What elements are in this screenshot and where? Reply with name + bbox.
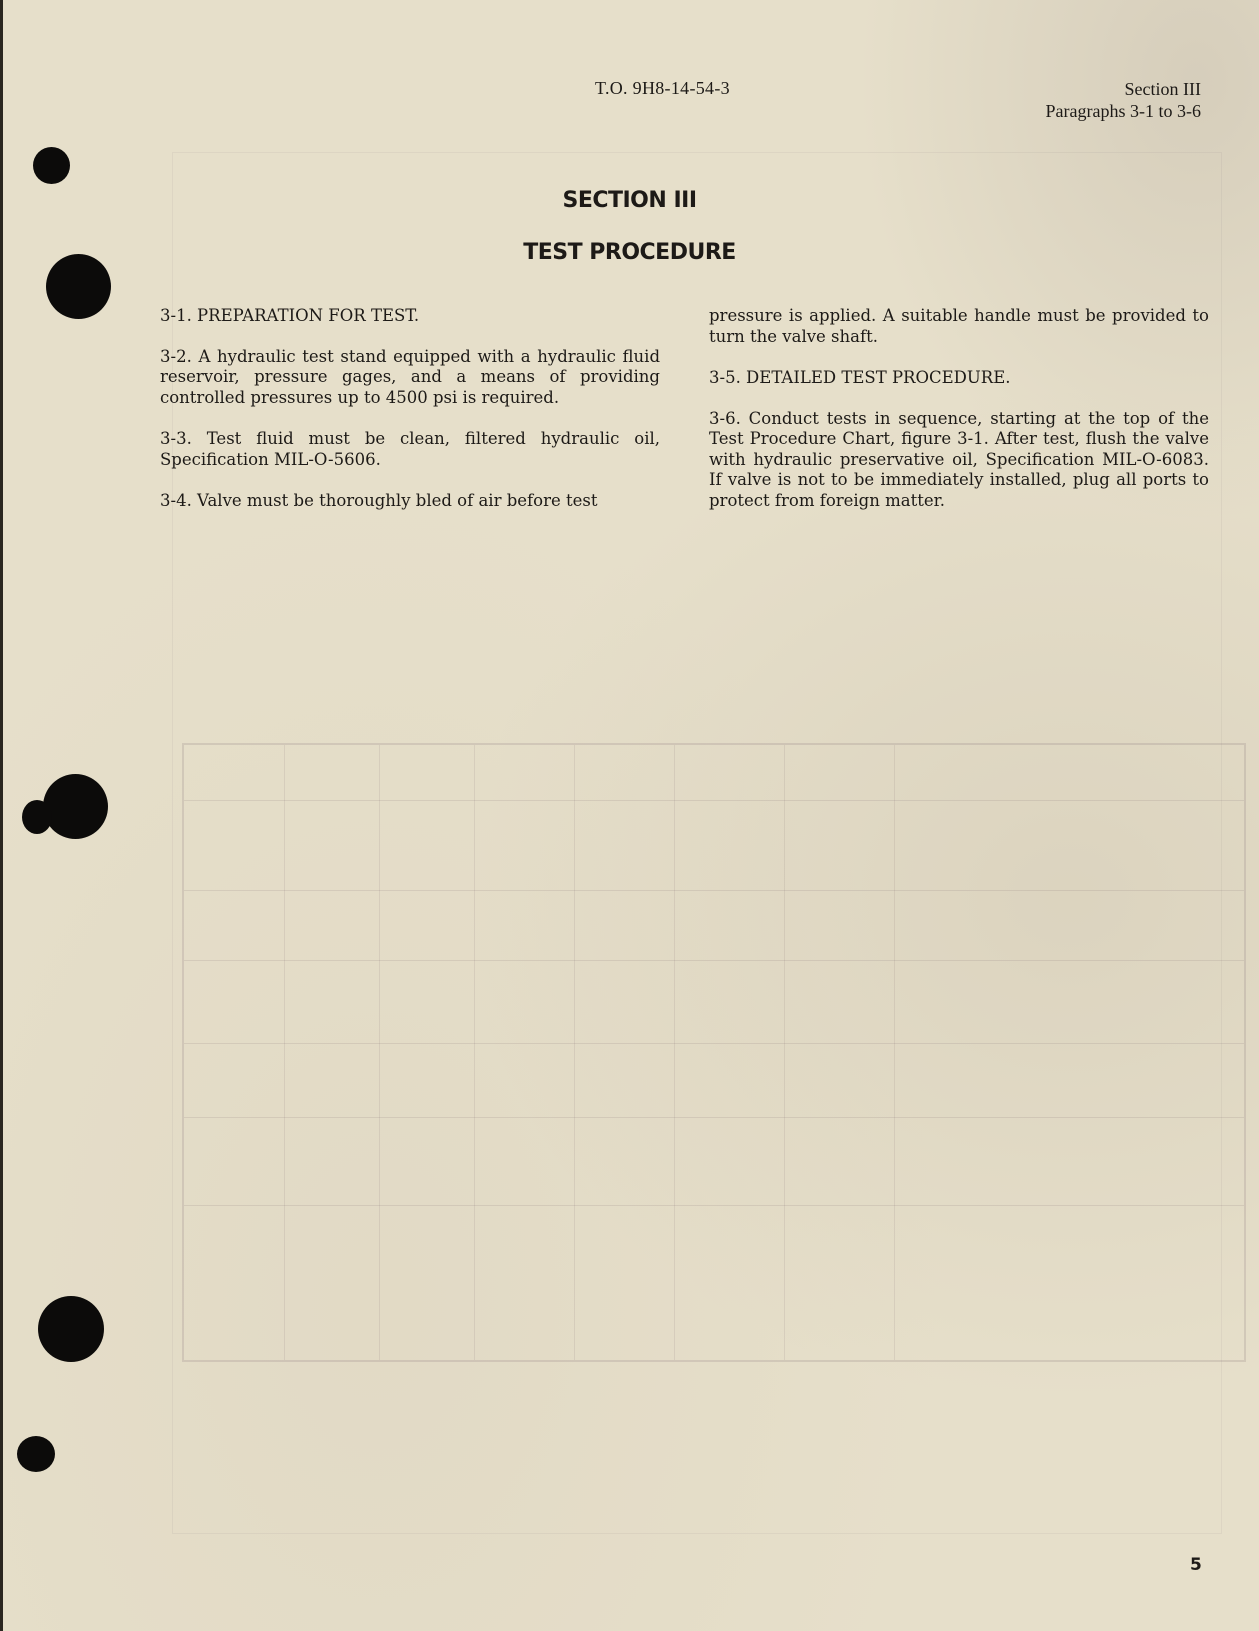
document-number: T.O. 9H8-14-54-3 [595, 78, 730, 99]
paragraph-3-4-continued: pressure is applied. A suitable handle m… [709, 306, 1209, 347]
bleed-col-line [284, 745, 285, 1360]
paragraph-3-4: 3-4. Valve must be thoroughly bled of ai… [160, 491, 660, 512]
left-column: 3-1. PREPARATION FOR TEST. 3-2. A hydrau… [160, 306, 660, 533]
paragraph-3-2: 3-2. A hydraulic test stand equipped wit… [160, 347, 660, 409]
paragraph-3-1: 3-1. PREPARATION FOR TEST. [160, 306, 660, 327]
section-subtitle: TEST PROCEDURE [0, 240, 1259, 265]
bleed-row-line [184, 960, 1244, 961]
bleed-row-line [184, 1205, 1244, 1206]
punch-hole [38, 1296, 104, 1362]
paragraph-3-3: 3-3. Test fluid must be clean, filtered … [160, 429, 660, 470]
right-column: pressure is applied. A suitable handle m… [709, 306, 1209, 532]
section-label: Section III [1046, 78, 1201, 100]
punch-hole [43, 774, 108, 839]
bleed-col-line [894, 745, 895, 1360]
paragraph-3-6: 3-6. Conduct tests in sequence, starting… [709, 409, 1209, 512]
punch-hole [33, 147, 70, 184]
bleed-row-line [184, 1117, 1244, 1118]
page-number: 5 [1190, 1555, 1202, 1575]
paragraph-3-5: 3-5. DETAILED TEST PROCEDURE. [709, 368, 1209, 389]
bleed-row-line [184, 800, 1244, 801]
bleed-col-line [574, 745, 575, 1360]
page-header-right: Section III Paragraphs 3-1 to 3-6 [1046, 78, 1201, 122]
bleed-row-line [184, 890, 1244, 891]
paragraph-range: Paragraphs 3-1 to 3-6 [1046, 100, 1201, 122]
punch-hole [17, 1436, 55, 1472]
punch-hole [22, 800, 52, 834]
bleed-col-line [474, 745, 475, 1360]
section-title: SECTION III [0, 188, 1259, 213]
bleed-col-line [784, 745, 785, 1360]
bleed-through-table [182, 743, 1246, 1362]
bleed-col-line [674, 745, 675, 1360]
bleed-row-line [184, 1043, 1244, 1044]
bleed-col-line [379, 745, 380, 1360]
